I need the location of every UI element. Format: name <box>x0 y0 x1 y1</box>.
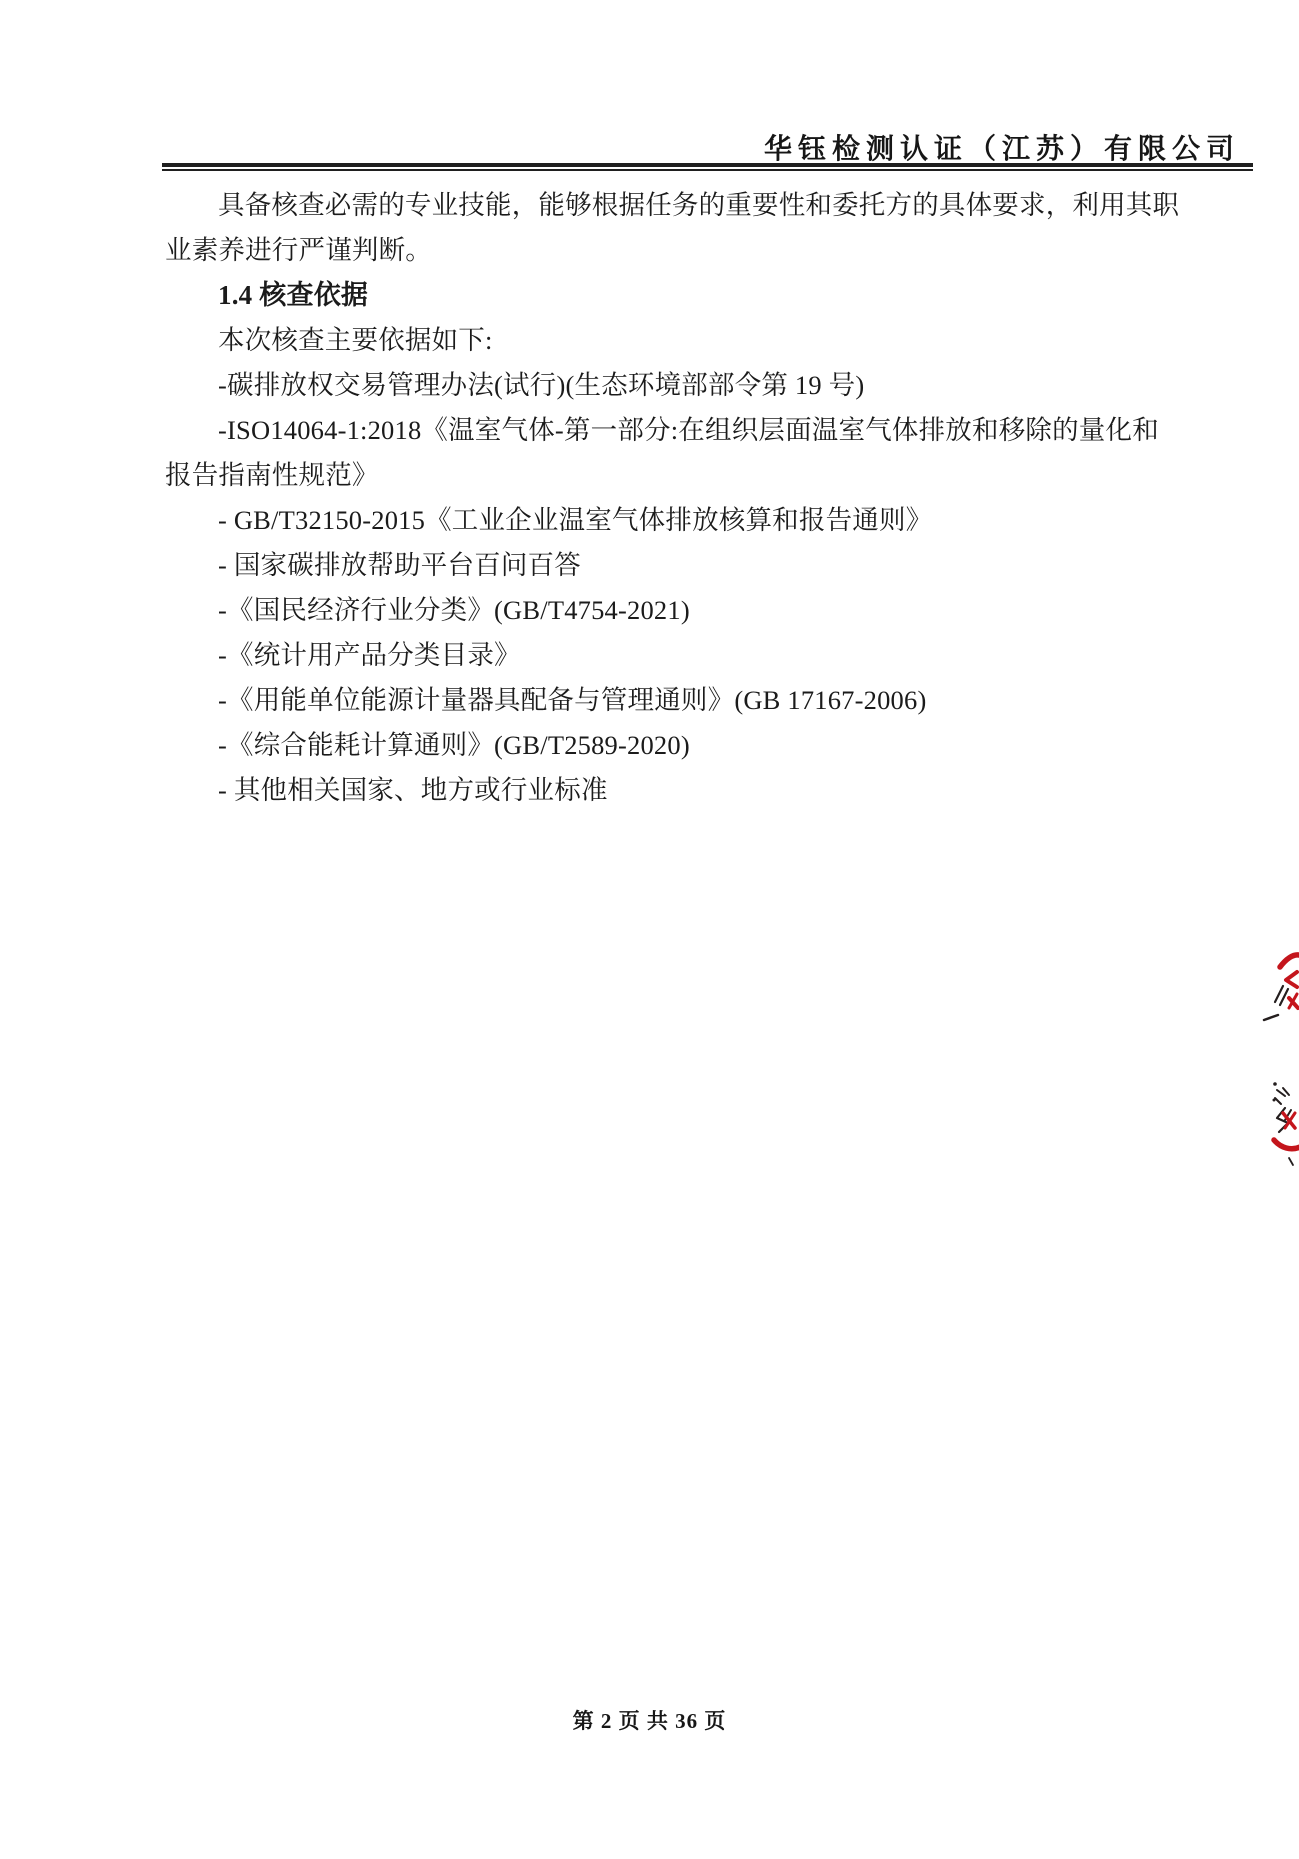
reference-item-continuation: 报告指南性规范》 <box>165 453 1170 498</box>
header-rule-thick-line <box>162 163 1253 167</box>
reference-item: -《国民经济行业分类》(GB/T4754-2021) <box>165 588 1170 633</box>
header-rule-thin-line <box>162 169 1253 171</box>
header-company-name: 华钰检测认证（江苏）有限公司 <box>764 127 1240 167</box>
reference-item: -《统计用产品分类目录》 <box>165 633 1170 678</box>
paragraph-line: 具备核查必需的专业技能，能够根据任务的重要性和委托方的具体要求，利用其职 <box>165 183 1170 228</box>
header-rule <box>162 163 1253 171</box>
reference-item: -《综合能耗计算通则》(GB/T2589-2020) <box>165 723 1170 768</box>
red-seal-fragment-icon <box>1255 930 1299 1200</box>
document-body: 具备核查必需的专业技能，能够根据任务的重要性和委托方的具体要求，利用其职 业素养… <box>165 183 1170 813</box>
reference-item: - 国家碳排放帮助平台百问百答 <box>165 543 1170 588</box>
intro-line: 本次核查主要依据如下: <box>165 318 1170 363</box>
reference-item: - 其他相关国家、地方或行业标准 <box>165 768 1170 813</box>
reference-item: -ISO14064-1:2018《温室气体-第一部分:在组织层面温室气体排放和移… <box>165 408 1170 453</box>
document-page: 华钰检测认证（江苏）有限公司 具备核查必需的专业技能，能够根据任务的重要性和委托… <box>0 0 1299 1859</box>
section-heading: 1.4 核查依据 <box>165 273 1170 318</box>
paragraph-line: 业素养进行严谨判断。 <box>165 228 1170 273</box>
reference-item: -碳排放权交易管理办法(试行)(生态环境部部令第 19 号) <box>165 363 1170 408</box>
page-number-label: 第 2 页 共 36 页 <box>0 1705 1299 1735</box>
reference-item: - GB/T32150-2015《工业企业温室气体排放核算和报告通则》 <box>165 498 1170 543</box>
reference-item: -《用能单位能源计量器具配备与管理通则》(GB 17167-2006) <box>165 678 1170 723</box>
